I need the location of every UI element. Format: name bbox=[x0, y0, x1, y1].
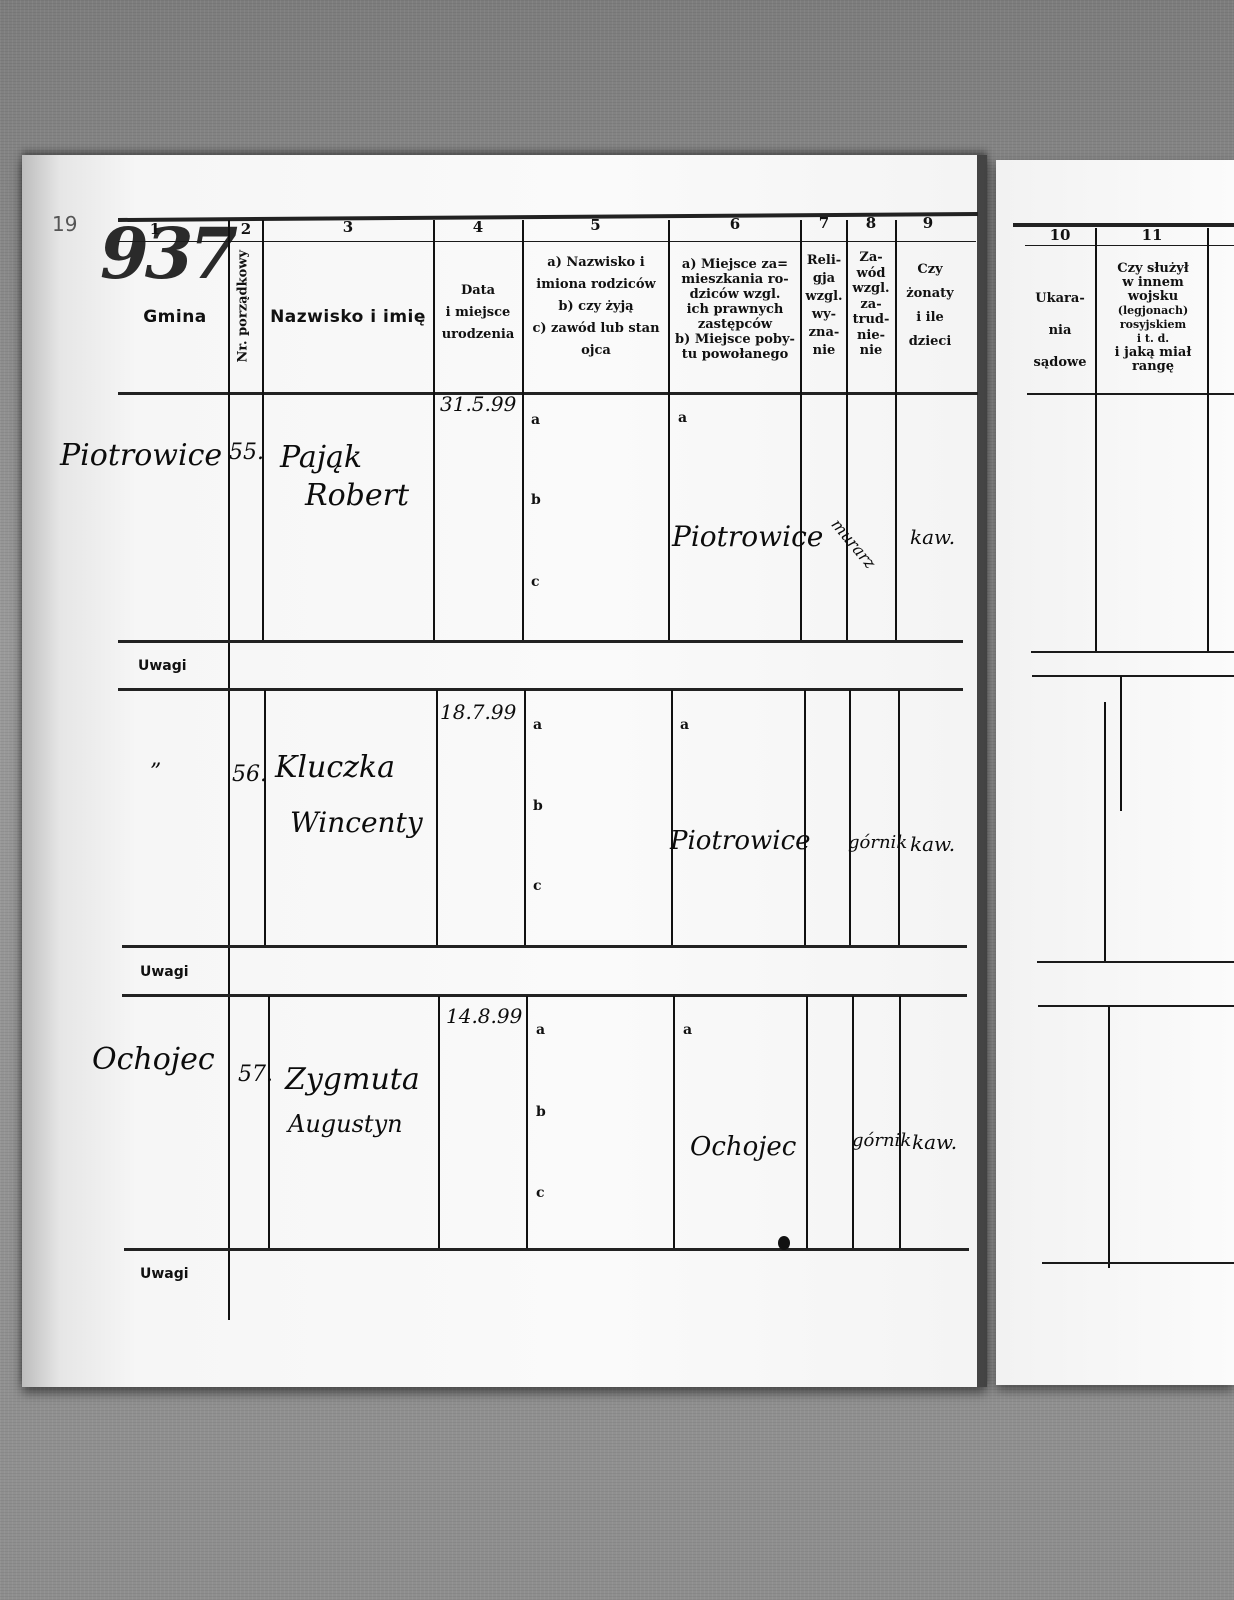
sub-label-a: a bbox=[680, 717, 689, 733]
header-col4: Data i miejsce urodzenia bbox=[435, 280, 521, 346]
uwagi-label: Uwagi bbox=[140, 1266, 189, 1282]
entry-birth-date: 14.8.99 bbox=[446, 1004, 522, 1028]
entry-gmina: Ochojec bbox=[92, 1042, 215, 1077]
sub-label-b: b bbox=[531, 492, 541, 508]
col-divider-1 bbox=[228, 220, 230, 1320]
entry-nr: 57. bbox=[238, 1062, 273, 1087]
entry-nr: 55. bbox=[229, 440, 264, 465]
header-col5-line: a) Nazwisko i bbox=[522, 252, 670, 274]
col-number-5: 5 bbox=[524, 216, 667, 234]
col-divider-3-row3 bbox=[438, 996, 440, 1249]
header-col9-line: Czy bbox=[897, 258, 963, 282]
header-col6: a) Miejsce za= mieszkania ro- dziców wzg… bbox=[670, 257, 800, 362]
header-col6-line: dziców wzgl. bbox=[670, 287, 800, 302]
row-1-bottom-rule bbox=[118, 640, 963, 643]
entry-birth-date: 31.5.99 bbox=[440, 392, 516, 416]
entry-first-name: Robert bbox=[305, 478, 409, 513]
sub-label-a: a bbox=[533, 717, 542, 733]
header-col9: Czy żonaty i ile dzieci bbox=[897, 258, 963, 354]
sub-label-a: a bbox=[531, 412, 540, 428]
header-col11-line: i t. d. bbox=[1097, 332, 1209, 346]
header-col6-line: a) Miejsce za= bbox=[670, 257, 800, 272]
header-col7-line: wy- bbox=[801, 306, 847, 324]
right-row-1-rule bbox=[1031, 651, 1234, 653]
entry-birth-date: 18.7.99 bbox=[440, 700, 516, 724]
col-number-1: 1 bbox=[135, 220, 175, 238]
entry-marital: kaw. bbox=[910, 525, 955, 549]
col-divider-7-row2 bbox=[849, 690, 851, 946]
uwagi-label: Uwagi bbox=[138, 658, 187, 674]
row-3-bottom-rule bbox=[124, 1248, 969, 1251]
col-divider-8-row3 bbox=[899, 996, 901, 1249]
uwagi-2-bottom-rule bbox=[122, 994, 967, 997]
col-divider-2-row3 bbox=[268, 996, 270, 1249]
header-col10-line: Ukara- bbox=[1025, 283, 1095, 315]
header-col7-line: Reli- bbox=[801, 252, 847, 270]
col-divider-5-row2 bbox=[671, 690, 673, 946]
header-col8-line: Za- bbox=[847, 250, 895, 266]
header-col6-line: mieszkania ro- bbox=[670, 272, 800, 287]
entry-residence: Piotrowice bbox=[672, 520, 823, 553]
col-number-8: 8 bbox=[848, 214, 894, 232]
ink-blot bbox=[778, 1236, 790, 1250]
entry-gmina: ” bbox=[150, 760, 161, 785]
sub-label-b: b bbox=[536, 1104, 546, 1120]
right-col-divider-row3 bbox=[1108, 1006, 1110, 1268]
entry-surname: Kluczka bbox=[275, 750, 395, 785]
col-number-6: 6 bbox=[670, 215, 800, 233]
header-col4-line: i miejsce bbox=[435, 302, 521, 324]
col-number-4: 4 bbox=[435, 218, 521, 236]
entry-residence: Piotrowice bbox=[670, 826, 811, 856]
header-col7: Reli- gja wzgl. wy- zna- nie bbox=[801, 252, 847, 360]
right-uwagi-2-rule bbox=[1038, 1005, 1234, 1007]
sub-label-a: a bbox=[683, 1022, 692, 1038]
sub-label-a: a bbox=[678, 410, 687, 426]
sub-label-c: c bbox=[531, 574, 540, 590]
header-col11-line: (legjonach) bbox=[1097, 304, 1209, 318]
header-col11-line: rosyjskiem bbox=[1097, 318, 1209, 332]
header-col4-line: urodzenia bbox=[435, 324, 521, 346]
header-col7-line: gja bbox=[801, 270, 847, 288]
header-col11: Czy służył w innem wojsku (legjonach) ro… bbox=[1097, 262, 1209, 374]
right-row-3-rule bbox=[1042, 1262, 1234, 1264]
header-col11-line: rangę bbox=[1097, 360, 1209, 374]
header-col5-line: b) czy żyją bbox=[522, 296, 670, 318]
entry-first-name: Augustyn bbox=[288, 1110, 403, 1138]
header-col7-line: wzgl. bbox=[801, 288, 847, 306]
header-col9-line: i ile bbox=[897, 306, 963, 330]
sub-label-c: c bbox=[536, 1185, 545, 1201]
entry-marital: kaw. bbox=[912, 1130, 957, 1154]
right-number-rule bbox=[1025, 245, 1234, 246]
header-col10: Ukara- nia sądowe bbox=[1025, 283, 1095, 379]
header-col11-line: w innem bbox=[1097, 276, 1209, 290]
right-col-divider-row2 bbox=[1120, 676, 1122, 811]
col-divider-4-row2 bbox=[524, 690, 526, 946]
entry-occupation: górnik bbox=[848, 832, 907, 853]
header-bottom-rule bbox=[118, 392, 978, 395]
header-col7-line: zna- bbox=[801, 324, 847, 342]
header-col6-line: zastępców bbox=[670, 317, 800, 332]
col-number-11: 11 bbox=[1097, 226, 1207, 244]
header-col10-line: sądowe bbox=[1025, 347, 1095, 379]
right-row-2-rule bbox=[1037, 961, 1234, 963]
header-nr-porzadkowy: Nr. porządkowy bbox=[236, 253, 251, 363]
col-number-3: 3 bbox=[264, 218, 432, 236]
header-col8: Za- wód wzgl. za- trud- nie- nie bbox=[847, 250, 895, 359]
sub-label-a: a bbox=[536, 1022, 545, 1038]
col-number-10: 10 bbox=[1025, 226, 1095, 244]
col-divider-2 bbox=[262, 220, 264, 642]
header-col11-line: i jaką miał bbox=[1097, 346, 1209, 360]
header-col5-line: imiona rodziców bbox=[522, 274, 670, 296]
col-number-2: 2 bbox=[230, 220, 262, 238]
entry-nr: 56. bbox=[232, 762, 267, 787]
header-col8-line: trud- bbox=[847, 312, 895, 328]
uwagi-label: Uwagi bbox=[140, 964, 189, 980]
header-col8-line: nie- bbox=[847, 328, 895, 344]
col-divider-5-row3 bbox=[673, 996, 675, 1249]
header-col11-line: Czy służył bbox=[1097, 262, 1209, 276]
header-col8-line: wód bbox=[847, 266, 895, 282]
header-col5: a) Nazwisko i imiona rodziców b) czy żyj… bbox=[522, 252, 670, 362]
col-number-7: 7 bbox=[802, 214, 846, 232]
sub-label-c: c bbox=[533, 878, 542, 894]
header-col5-line: ojca bbox=[522, 340, 670, 362]
header-col6-line: b) Miejsce poby- bbox=[670, 332, 800, 347]
entry-surname: Pająk bbox=[280, 440, 362, 475]
right-col-divider-row2b bbox=[1104, 702, 1106, 962]
col-divider-6-row2 bbox=[804, 690, 806, 946]
header-col6-line: ich prawnych bbox=[670, 302, 800, 317]
col-divider-2-row2 bbox=[264, 690, 266, 946]
col-divider-8-row2 bbox=[898, 690, 900, 946]
header-col5-line: c) zawód lub stan bbox=[522, 318, 670, 340]
col-divider-4-row3 bbox=[526, 996, 528, 1249]
page-number-pencil: 19 bbox=[52, 212, 77, 236]
header-col11-line: wojsku bbox=[1097, 290, 1209, 304]
uwagi-1-bottom-rule bbox=[118, 688, 963, 691]
header-col8-line: za- bbox=[847, 297, 895, 313]
col-divider-7-row3 bbox=[852, 996, 854, 1249]
right-uwagi-1-rule bbox=[1032, 675, 1234, 677]
sub-label-b: b bbox=[533, 798, 543, 814]
col-number-9: 9 bbox=[897, 214, 959, 232]
header-col8-line: nie bbox=[847, 343, 895, 359]
header-col8-line: wzgl. bbox=[847, 281, 895, 297]
header-col6-line: tu powołanego bbox=[670, 347, 800, 362]
entry-gmina: Piotrowice bbox=[60, 438, 222, 473]
header-col9-line: żonaty bbox=[897, 282, 963, 306]
entry-first-name: Wincenty bbox=[290, 806, 423, 839]
col-divider-6-row3 bbox=[806, 996, 808, 1249]
header-gmina: Gmina bbox=[125, 310, 225, 325]
col-divider-3-row2 bbox=[436, 690, 438, 946]
row-2-bottom-rule bbox=[122, 945, 967, 948]
header-col7-line: nie bbox=[801, 342, 847, 360]
right-header-bottom-rule bbox=[1027, 393, 1234, 395]
header-nazwisko-imie: Nazwisko i imię bbox=[264, 310, 432, 325]
entry-occupation: górnik bbox=[852, 1130, 911, 1151]
entry-residence: Ochojec bbox=[690, 1132, 796, 1162]
entry-surname: Zygmuta bbox=[285, 1062, 420, 1097]
entry-marital: kaw. bbox=[910, 832, 955, 856]
header-col10-line: nia bbox=[1025, 315, 1095, 347]
header-col9-line: dzieci bbox=[897, 330, 963, 354]
header-col4-line: Data bbox=[435, 280, 521, 302]
